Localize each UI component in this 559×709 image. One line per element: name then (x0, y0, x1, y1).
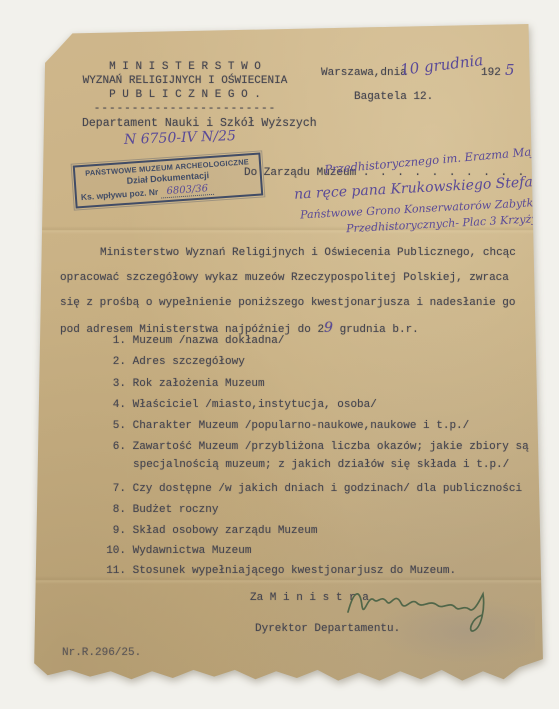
letterhead: M I N I S T E R S T W O WYZNAŃ RELIGIJNY… (56, 60, 314, 116)
body-paragraph: Ministerstwo Wyznań Religijnych i Oświec… (60, 241, 530, 343)
dateline-city: Warszawa,dnia (321, 67, 407, 79)
list-item: 6. Zawartość Muzeum /przybliżona liczba … (98, 441, 529, 453)
ministry-name-line1: M I N I S T E R S T W O (56, 60, 314, 74)
letter-page: M I N I S T E R S T W O WYZNAŃ RELIGIJNY… (28, 20, 545, 690)
dateline-year-digit-handwritten: 5 (505, 61, 515, 79)
dateline-street: Bagatela 12. (354, 91, 433, 103)
dateline-year-typed: 192 (481, 67, 501, 79)
ministry-name-line3: P U B L I C Z N E G O . (56, 88, 314, 102)
signer-title: Dyrektor Departamentu. (255, 623, 400, 635)
stamp-entry-label: Ks. wpływu poz. Nr (81, 187, 159, 202)
list-item: 9. Skład osobowy zarządu Muzeum (98, 525, 317, 537)
department-line: Departament Nauki i Szkół Wyższych (82, 117, 317, 130)
list-item: 7. Czy dostępne /w jakich dniach i godzi… (98, 483, 522, 495)
list-item-continuation: specjalnością muzeum; z jakich działów s… (133, 459, 509, 471)
list-item: 5. Charakter Muzeum /popularno-naukowe,n… (98, 420, 469, 432)
footer-reference-number: Nr.R.296/25. (62, 647, 141, 659)
list-item: 8. Budżet roczny (98, 504, 218, 516)
scan-background: M I N I S T E R S T W O WYZNAŃ RELIGIJNY… (0, 0, 559, 709)
stamp-entry-number-handwritten: 6803/36 (160, 183, 214, 199)
reference-number-handwritten: N 6750-IV N/25 (124, 128, 236, 148)
dateline-date-handwritten: 10 grudnia (399, 51, 484, 79)
list-item: 2. Adres szczegółowy (98, 356, 245, 368)
archive-stamp: PAŃSTWOWE MUZEUM ARCHEOLOGICZNE Dział Do… (73, 152, 264, 208)
list-item: 4. Właściciel /miasto,instytucja, osoba/ (98, 399, 377, 411)
body-deadline-digit-handwritten: 9 (324, 320, 333, 336)
list-item: 3. Rok założenia Muzeum (98, 378, 265, 390)
body-line3: się z prośbą o wypełnienie poniższego kw… (60, 291, 530, 316)
list-item: 1. Muzeum /nazwa dokładna/ (98, 335, 284, 347)
body-line2: opracować szczegółowy wykaz muzeów Rzecz… (60, 266, 530, 291)
ministry-name-line2: WYZNAŃ RELIGIJNYCH I OŚWIECENIA (56, 74, 314, 88)
list-item: 10. Wydawnictwa Muzeum (98, 545, 251, 557)
body-line1: Ministerstwo Wyznań Religijnych i Oświec… (60, 241, 530, 266)
letterhead-divider: ------------------------ (56, 102, 314, 116)
